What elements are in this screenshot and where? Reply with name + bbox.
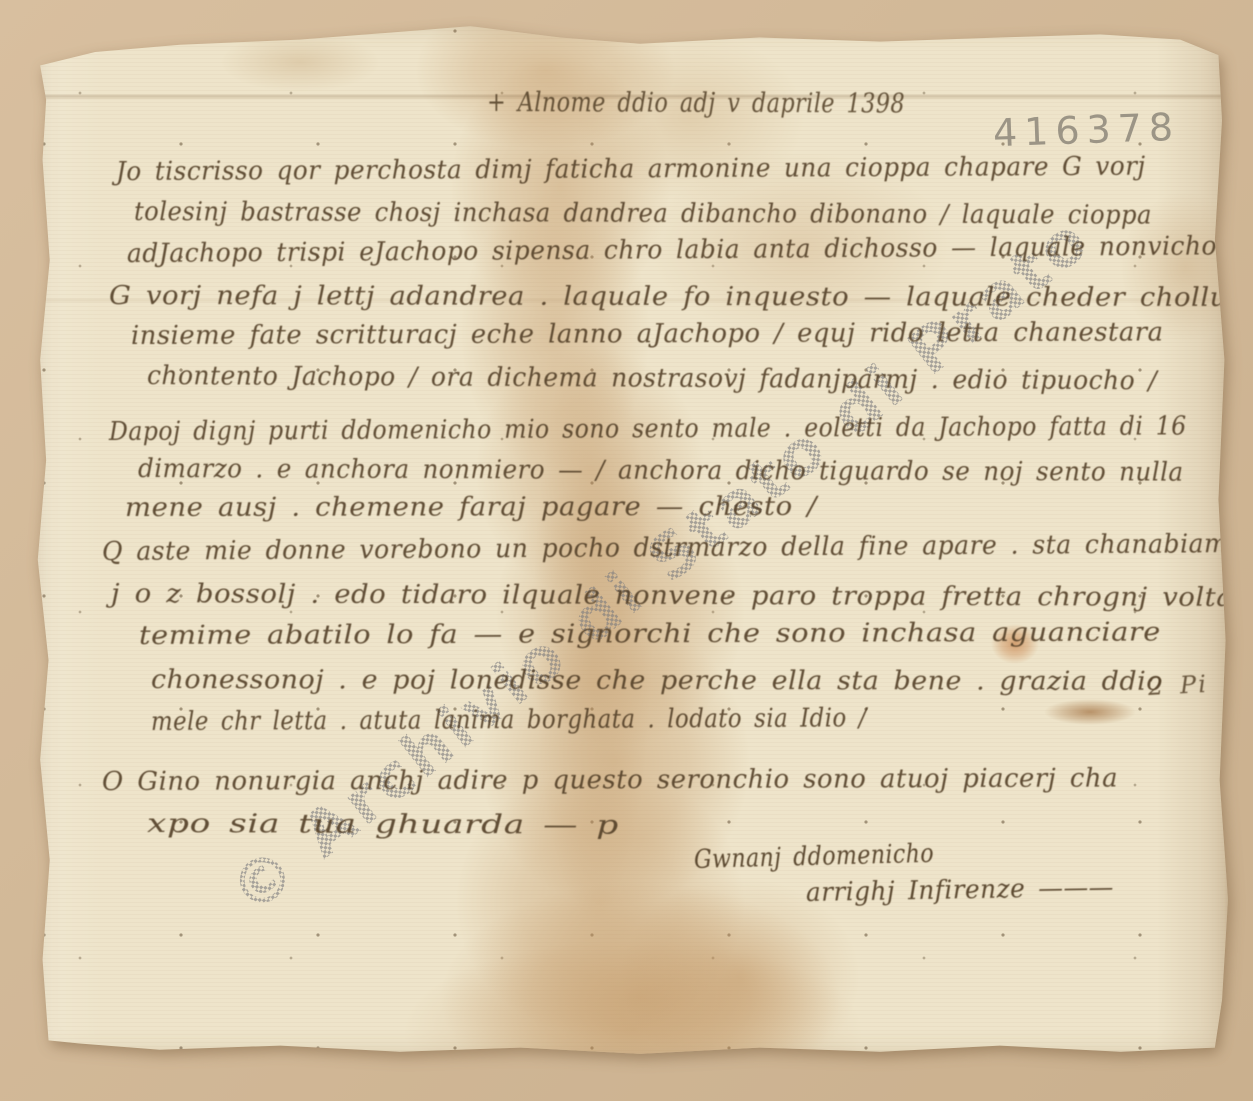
manuscript-line: insieme fate scritturacj eche lanno aJac… bbox=[131, 318, 1164, 350]
manuscript-line: temime abatilo lo fa — e signorchi che s… bbox=[139, 618, 1161, 650]
dateline: + Alnome ddio adj v daprile 1398 bbox=[487, 88, 905, 119]
manuscript-line: dimarzo . e anchora nonmiero — / anchora… bbox=[138, 455, 1184, 487]
manuscript-scan: © Archivio di Stato di Prato 416378 + Al… bbox=[0, 0, 1253, 1101]
manuscript-line: adJachopo trispi eJachopo sipensa chro l… bbox=[127, 232, 1239, 268]
manuscript-line: Jo tiscrisso qor perchosta dimj faticha … bbox=[116, 153, 1146, 187]
manuscript-line: j o z bossolj . edo tidaro ilquale nonve… bbox=[111, 580, 1233, 613]
manuscript-line: Q aste mie donne vorebono un pocho dstrm… bbox=[102, 530, 1244, 567]
manuscript-line: chonessonoj . e poj lonedisse che perche… bbox=[151, 666, 1163, 696]
manuscript-line: tolesinj bastrasse chosj inchasa dandrea… bbox=[134, 198, 1152, 230]
manuscript-line: chontento Jachopo / ora dichema nostraso… bbox=[147, 362, 1157, 396]
manuscript-line: Dapoj dignj purti ddomenicho mio sono se… bbox=[109, 412, 1187, 446]
manuscript-line: O Gino nonurgia anchj adire p questo ser… bbox=[102, 764, 1118, 796]
letter-paper: © Archivio di Stato di Prato 416378 + Al… bbox=[33, 22, 1228, 1058]
manuscript-line: mene ausj . chemene faraj pagare — chest… bbox=[125, 493, 817, 523]
manuscript-line: xpo sia tua ghuarda — p bbox=[147, 810, 619, 840]
paper-shadow-wrap: © Archivio di Stato di Prato 416378 + Al… bbox=[0, 0, 1253, 1101]
closing-line: Gwnanj ddomenicho bbox=[694, 840, 935, 875]
closing-line: arrighj Infirenze ——— bbox=[806, 874, 1114, 908]
manuscript-line: mele chr letta . atuta lanima borghata .… bbox=[151, 704, 867, 736]
manuscript-line: G vorj nefa j lettj adandrea . laquale f… bbox=[109, 282, 1237, 313]
marginal-note: 2 Pi bbox=[1147, 671, 1208, 700]
manuscript-text-layer: + Alnome ddio adj v daprile 1398Jo tiscr… bbox=[0, 0, 1253, 1101]
